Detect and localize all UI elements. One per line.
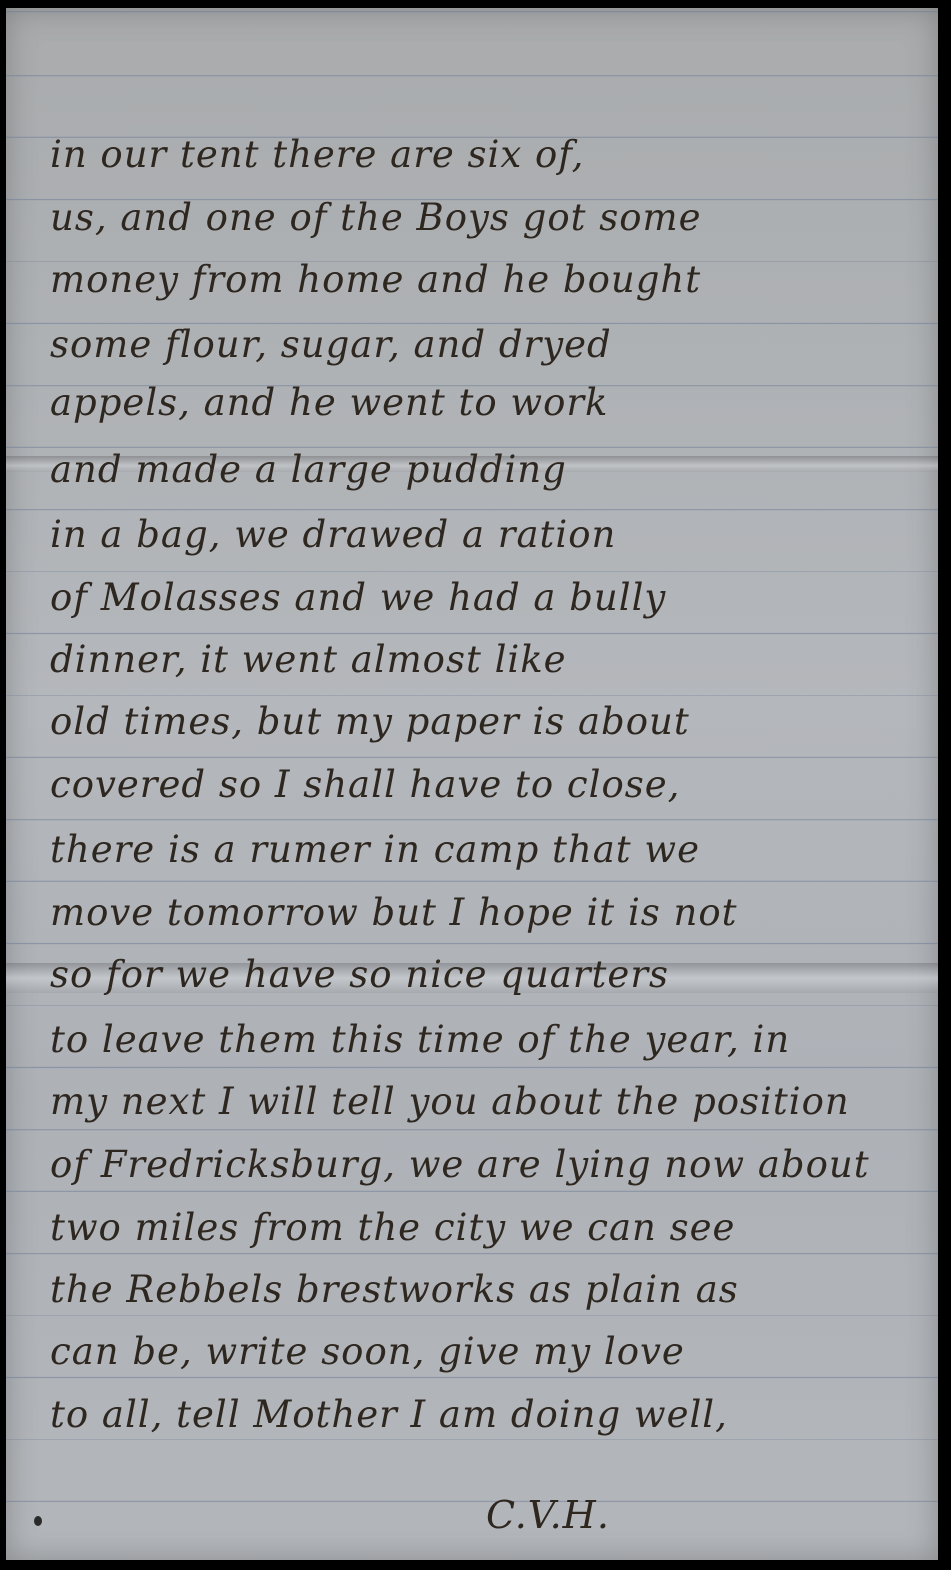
letter-line: to leave them this time of the year, in (50, 1018, 790, 1061)
signature: C.V.H. (486, 1493, 610, 1537)
letter-line: money from home and he bought (50, 258, 701, 301)
letter-line: so for we have so nice quarters (50, 953, 669, 996)
letter-line: old times, but my paper is about (50, 700, 690, 743)
letter-line: there is a rumer in camp that we (50, 828, 700, 871)
letter-line: in our tent there are six of, (50, 133, 584, 176)
letter-line: the Rebbels brestworks as plain as (50, 1268, 739, 1311)
letter-line: and made a large pudding (50, 448, 567, 491)
letter-line: some flour, sugar, and dryed (50, 323, 612, 366)
ink-blot (34, 1516, 42, 1526)
letter-line: to all, tell Mother I am doing well, (50, 1393, 728, 1436)
letter-line: in a bag, we drawed a ration (50, 513, 616, 556)
letter-line: my next I will tell you about the positi… (50, 1080, 850, 1123)
letter-line: two miles from the city we can see (50, 1206, 735, 1249)
letter-line: appels, and he went to work (50, 381, 608, 424)
letter-line: of Molasses and we had a bully (50, 576, 666, 619)
letter-line: can be, write soon, give my love (50, 1330, 685, 1373)
letter-line: dinner, it went almost like (50, 638, 567, 681)
letter-line: us, and one of the Boys got some (50, 196, 701, 239)
letter-line: move tomorrow but I hope it is not (50, 891, 738, 934)
letter-line: of Fredricksburg, we are lying now about (50, 1143, 870, 1186)
letter-line: covered so I shall have to close, (50, 763, 680, 806)
letter-page: in our tent there are six of, us, and on… (6, 8, 938, 1560)
